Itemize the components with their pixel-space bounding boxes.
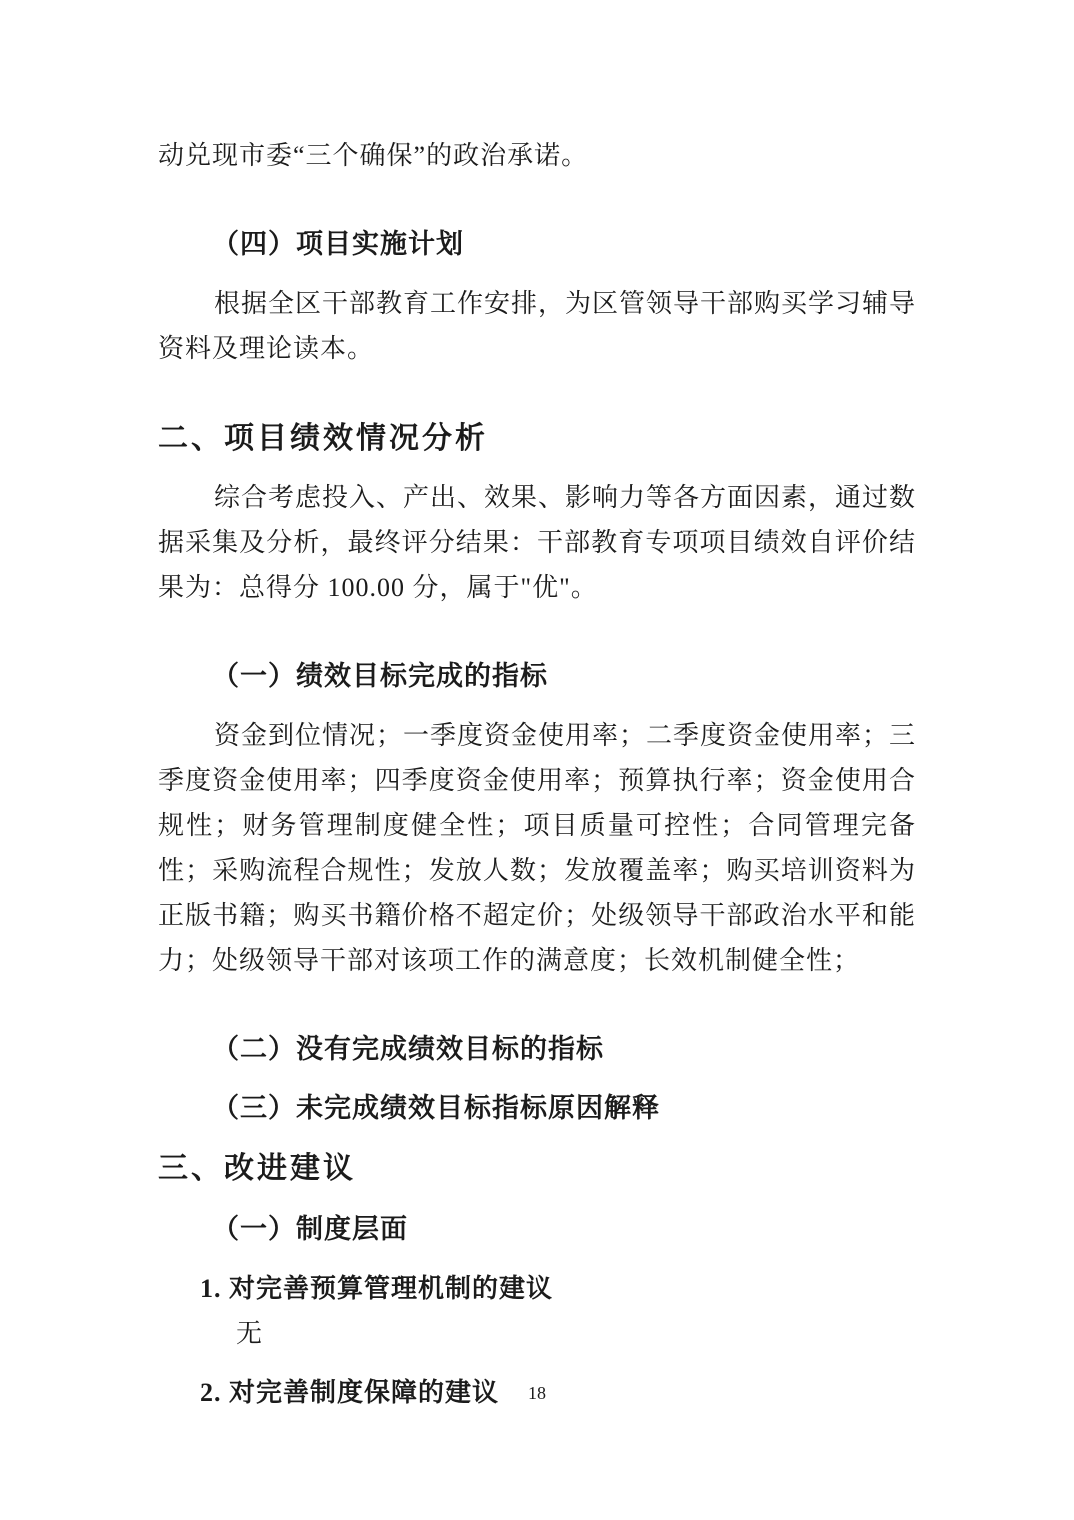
- page-number: 18: [0, 1383, 1074, 1404]
- paragraph-political-commitment-continuation: 动兑现市委“三个确保”的政治承诺。: [158, 133, 916, 178]
- document-page: 动兑现市委“三个确保”的政治承诺。 （四）项目实施计划 根据全区干部教育工作安排…: [0, 0, 1074, 1520]
- paragraph-performance-score-summary: 综合考虑投入、产出、效果、影响力等各方面因素，通过数据采集及分析，最终评分结果：…: [158, 475, 916, 610]
- heading-part-2-performance-analysis: 二、项目绩效情况分析: [158, 415, 916, 463]
- heading-subsection-3-uncompleted-reason: （三）未完成绩效目标指标原因解释: [158, 1086, 916, 1131]
- paragraph-implementation-plan: 根据全区干部教育工作安排，为区管领导干部购买学习辅导资料及理论读本。: [158, 281, 916, 371]
- heading-item-1-budget-management-suggestion: 1. 对完善预算管理机制的建议: [158, 1266, 916, 1311]
- heading-part-3-improvement-suggestions: 三、改进建议: [158, 1145, 916, 1193]
- heading-subsection-1-institutional-level: （一）制度层面: [158, 1207, 916, 1252]
- paragraph-completed-indicators-list: 资金到位情况；一季度资金使用率；二季度资金使用率；三季度资金使用率；四季度资金使…: [158, 713, 916, 983]
- heading-subsection-1-completed-indicators: （一）绩效目标完成的指标: [158, 654, 916, 699]
- heading-subsection-2-uncompleted-indicators: （二）没有完成绩效目标的指标: [158, 1027, 916, 1072]
- paragraph-none-answer: 无: [158, 1311, 916, 1356]
- heading-section-4-implementation-plan: （四）项目实施计划: [158, 222, 916, 267]
